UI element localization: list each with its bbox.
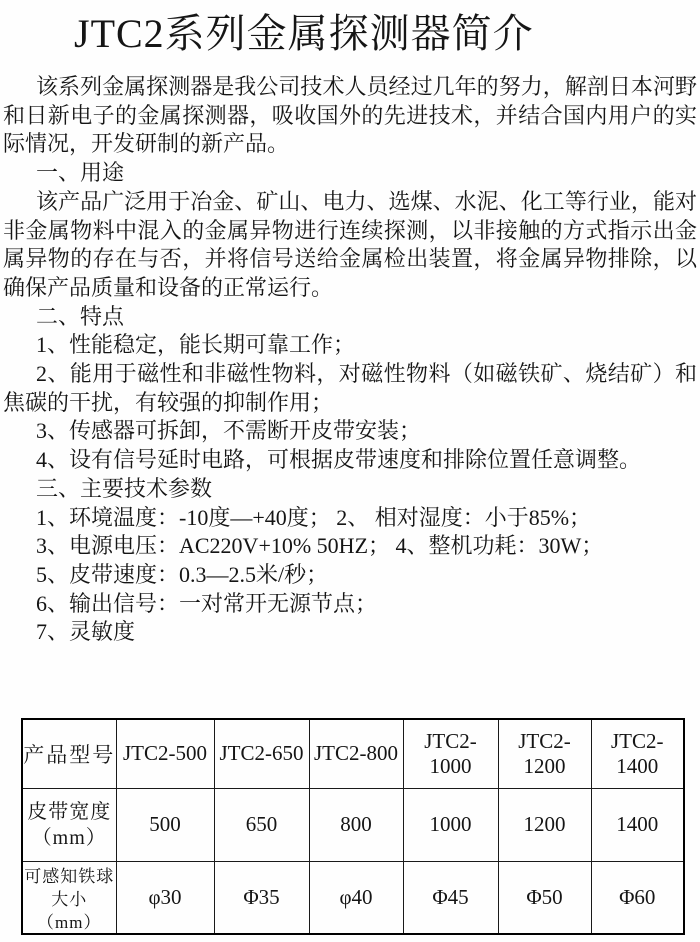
table-row-belt-width: 皮带宽度 （mm） 500 650 800 1000 1200 1400 bbox=[22, 788, 684, 861]
ball-size-label-line-1: 可感知铁球 bbox=[24, 867, 114, 886]
feature-item-3: 3、传感器可拆卸，不需断开皮带安装； bbox=[3, 417, 697, 446]
spec-table: 产品型号 JTC2-500 JTC2-650 JTC2-800 JTC2-100… bbox=[21, 718, 685, 935]
usage-paragraph: 该产品广泛用于冶金、矿山、电力、选煤、水泥、化工等行业，能对非金属物料中混入的金… bbox=[3, 188, 697, 303]
table-header-model-2: JTC2-650 bbox=[214, 719, 309, 788]
table-header-model-1: JTC2-500 bbox=[116, 719, 214, 788]
spec-voltage: 3、电源电压：AC220V+10% 50HZ； bbox=[36, 532, 390, 561]
spec-humidity: 2、 相对湿度：小于85%； bbox=[336, 505, 591, 530]
table-header-model-label: 产品型号 bbox=[22, 719, 116, 788]
ball-size-value-1: φ30 bbox=[116, 861, 214, 934]
feature-item-1: 1、性能稳定，能长期可靠工作； bbox=[3, 331, 697, 360]
ball-size-value-4: Φ45 bbox=[403, 861, 498, 934]
spec-sensitivity: 7、灵敏度 bbox=[36, 618, 284, 647]
belt-width-value-3: 800 bbox=[309, 788, 403, 861]
belt-width-label-line-2: （mm） bbox=[32, 827, 107, 849]
spec-line-3: 5、皮带速度：0.3—2.5米/秒； bbox=[3, 561, 697, 590]
ball-size-label: 可感知铁球 大小 （mm） bbox=[22, 861, 116, 934]
section-heading-specs: 三、主要技术参数 bbox=[3, 475, 697, 504]
spec-line-5: 7、灵敏度 bbox=[3, 618, 697, 647]
section-heading-features: 二、特点 bbox=[3, 303, 697, 332]
table-header-model-5: JTC2-1200 bbox=[498, 719, 591, 788]
belt-width-value-6: 1400 bbox=[591, 788, 684, 861]
belt-width-value-2: 650 bbox=[214, 788, 309, 861]
belt-width-value-1: 500 bbox=[116, 788, 214, 861]
intro-paragraph: 该系列金属探测器是我公司技术人员经过几年的努力，解剖日本河野和日新电子的金属探测… bbox=[3, 73, 697, 159]
ball-size-value-5: Φ50 bbox=[498, 861, 591, 934]
document-title: JTC2系列金属探测器简介 bbox=[74, 10, 700, 58]
spec-line-2: 3、电源电压：AC220V+10% 50HZ； 4、整机功耗：30W； bbox=[3, 532, 697, 561]
feature-item-4: 4、设有信号延时电路，可根据皮带速度和排除位置任意调整。 bbox=[3, 446, 697, 475]
ball-size-label-line-3: （mm） bbox=[37, 913, 101, 932]
table-header-model-4: JTC2-1000 bbox=[403, 719, 498, 788]
document-body: 该系列金属探测器是我公司技术人员经过几年的努力，解剖日本河野和日新电子的金属探测… bbox=[3, 73, 697, 647]
table-row-ball-size: 可感知铁球 大小 （mm） φ30 Φ35 φ40 Φ45 Φ50 Φ60 bbox=[22, 861, 684, 934]
ball-size-value-3: φ40 bbox=[309, 861, 403, 934]
belt-width-label: 皮带宽度 （mm） bbox=[22, 788, 116, 861]
spec-line-4: 6、输出信号：一对常开无源节点； bbox=[3, 590, 697, 619]
table-header-model-3: JTC2-800 bbox=[309, 719, 403, 788]
ball-size-label-line-2: 大小 bbox=[51, 890, 87, 909]
spec-output-signal: 6、输出信号：一对常开无源节点； bbox=[36, 590, 377, 619]
spec-power: 4、整机功耗：30W； bbox=[396, 533, 604, 558]
ball-size-value-2: Φ35 bbox=[214, 861, 309, 934]
document-page: JTC2系列金属探测器简介 该系列金属探测器是我公司技术人员经过几年的努力，解剖… bbox=[0, 0, 700, 942]
belt-width-label-line-1: 皮带宽度 bbox=[27, 801, 111, 823]
table-header-model-6: JTC2-1400 bbox=[591, 719, 684, 788]
feature-item-2: 2、能用于磁性和非磁性物料，对磁性物料（如磁铁矿、烧结矿）和焦碳的干扰，有较强的… bbox=[3, 360, 697, 417]
section-heading-usage: 一、用途 bbox=[3, 159, 697, 188]
ball-size-value-6: Φ60 bbox=[591, 861, 684, 934]
belt-width-value-5: 1200 bbox=[498, 788, 591, 861]
belt-width-value-4: 1000 bbox=[403, 788, 498, 861]
spec-temperature: 1、环境温度：-10度—+40度； bbox=[36, 504, 331, 533]
spec-line-1: 1、环境温度：-10度—+40度； 2、 相对湿度：小于85%； bbox=[3, 504, 697, 533]
table-header-row: 产品型号 JTC2-500 JTC2-650 JTC2-800 JTC2-100… bbox=[22, 719, 684, 788]
spec-belt-speed: 5、皮带速度：0.3—2.5米/秒； bbox=[36, 561, 328, 590]
